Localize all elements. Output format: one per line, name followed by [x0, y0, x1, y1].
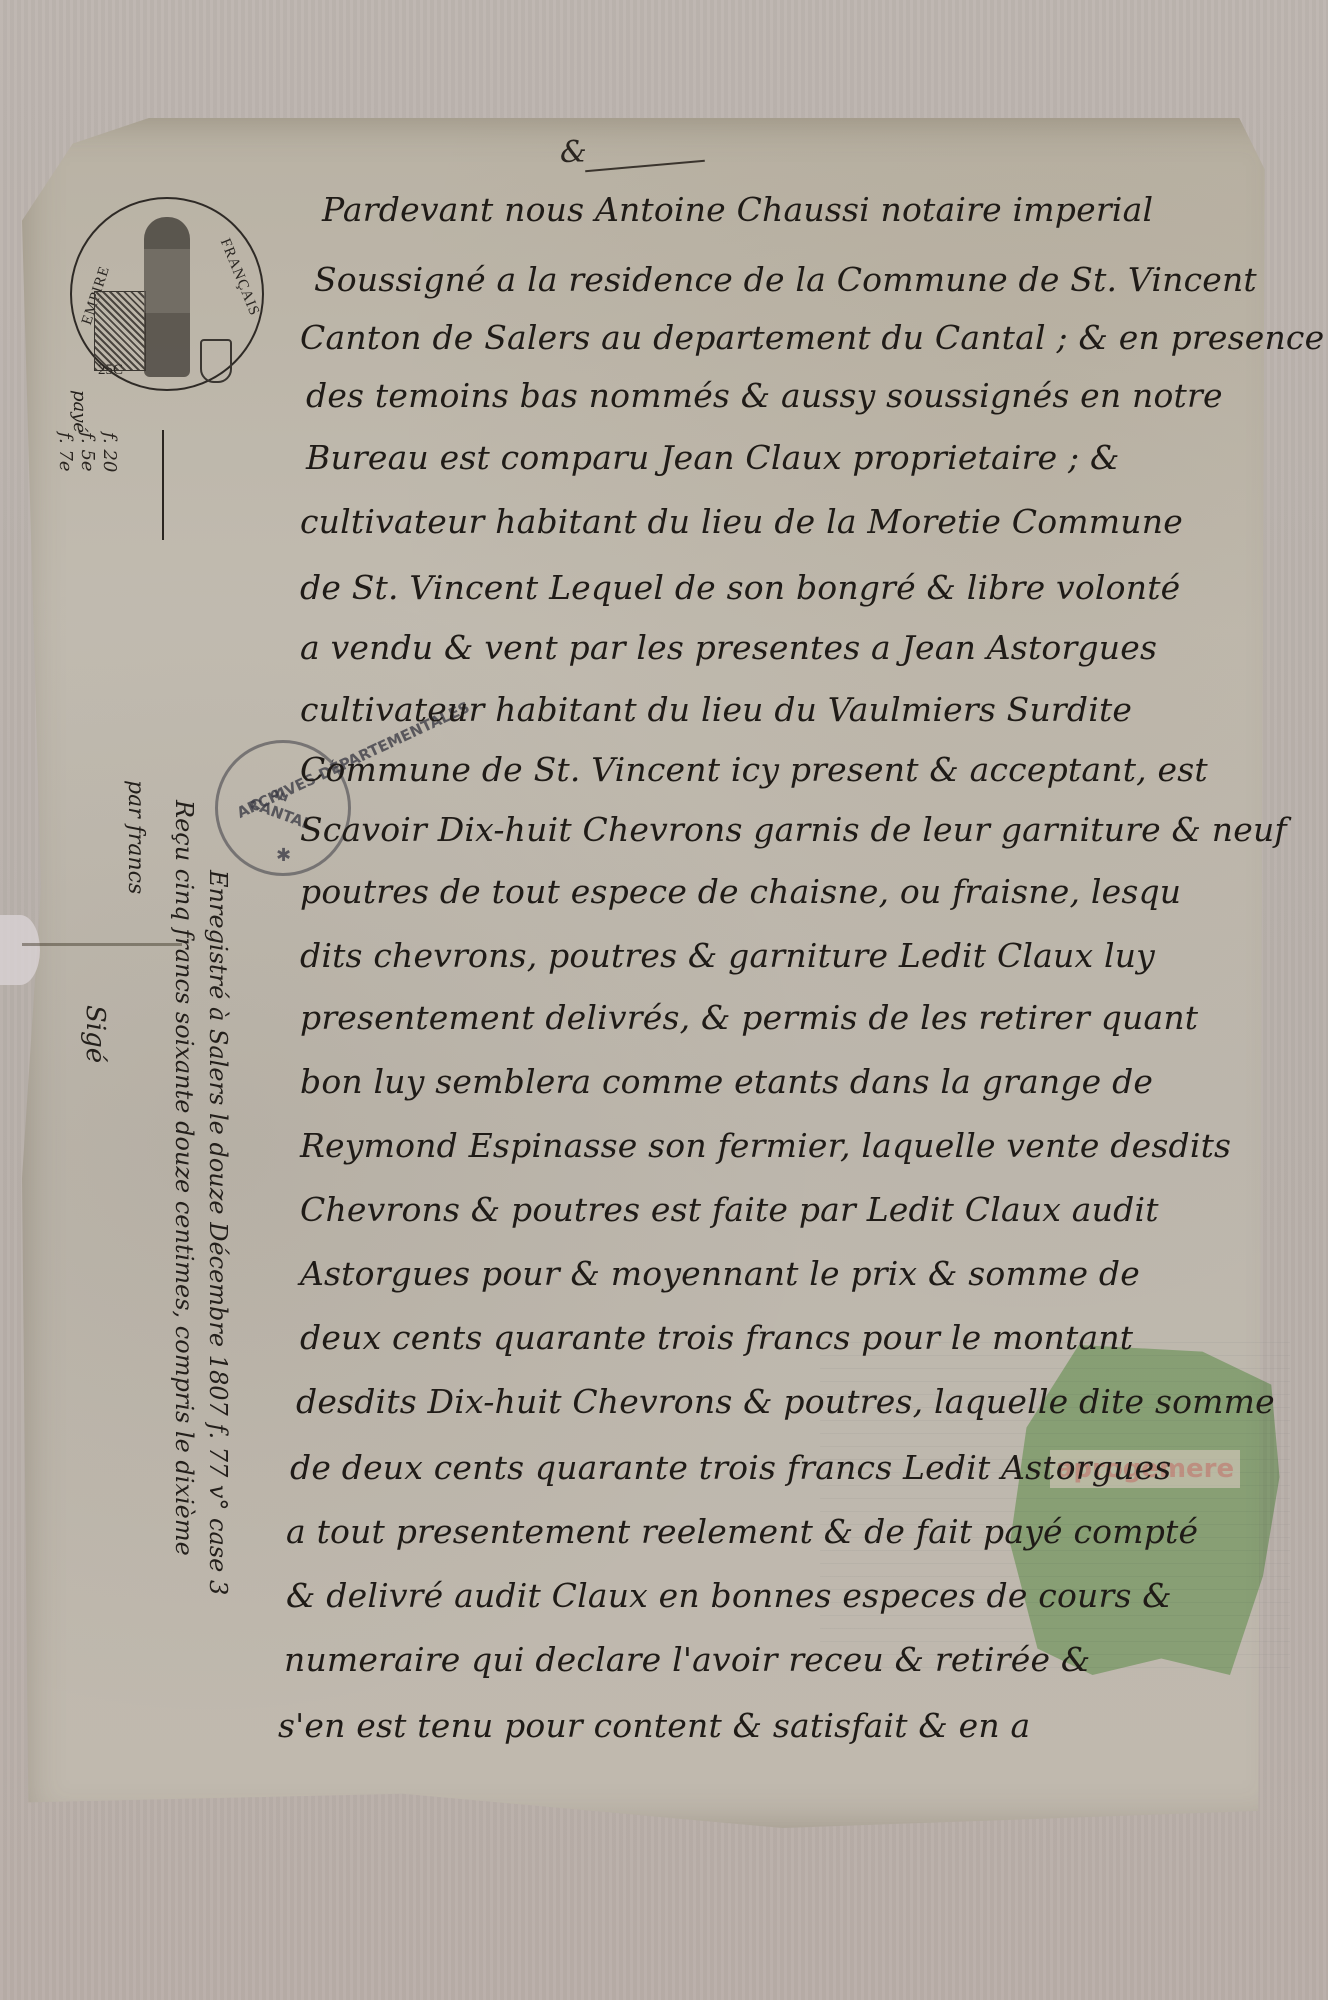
deed-line: presentement delivrés, & permis de les r… [300, 998, 1198, 1037]
deed-line: numeraire qui declare l'avoir receu & re… [284, 1640, 1090, 1679]
fee-item: f. 20 [99, 432, 120, 472]
paraph-mark: & [560, 135, 587, 170]
deed-line: Bureau est comparu Jean Claux proprietai… [306, 438, 1120, 477]
deed-line: Commune de St. Vincent icy present & acc… [300, 750, 1208, 789]
allegorical-figure-icon [144, 217, 190, 377]
deed-line: cultivateur habitant du lieu de la Moret… [300, 502, 1183, 541]
registration-note-1: Enregistré à Salers le douze Décembre 18… [204, 870, 232, 1595]
deed-line: Canton de Salers au departement du Canta… [300, 318, 1324, 357]
deed-line: & delivré audit Claux en bonnes especes … [286, 1576, 1172, 1615]
star-icon: ✱ [276, 845, 291, 866]
deed-line: Pardevant nous Antoine Chaussi notaire i… [322, 190, 1153, 229]
registration-note-2: Reçu cinq francs soixante douze centimes… [170, 800, 198, 1556]
fee-divider [162, 430, 164, 540]
registrar-signature: Sigé [80, 1005, 110, 1063]
shield-icon [200, 339, 232, 383]
fee-item: f. 7e [55, 432, 76, 472]
deed-line: des temoins bas nommés & aussy soussigné… [306, 376, 1223, 415]
deed-line: Chevrons & poutres est faite par Ledit C… [300, 1190, 1159, 1229]
deed-line: Reymond Espinasse son fermier, laquelle … [300, 1126, 1231, 1165]
deed-line: bon luy semblera comme etants dans la gr… [300, 1062, 1153, 1101]
empire-tax-stamp: EMPIRE FRANÇAIS 25C [70, 197, 264, 391]
deed-line: Astorgues pour & moyennant le prix & som… [300, 1254, 1140, 1293]
deed-line: deux cents quarante trois francs pour le… [300, 1318, 1133, 1357]
paper-fold-crease [22, 943, 182, 946]
deed-line: a vendu & vent par les presentes a Jean … [300, 628, 1157, 667]
deed-line: de deux cents quarante trois francs Ledi… [290, 1448, 1171, 1487]
deed-line: Soussigné a la residence de la Commune d… [314, 260, 1257, 299]
margin-note-paye: payé [69, 390, 90, 433]
deed-line: de St. Vincent Lequel de son bongré & li… [300, 568, 1180, 607]
deed-line: cultivateur habitant du lieu du Vaulmier… [300, 690, 1132, 729]
deed-line: dits chevrons, poutres & garniture Ledit… [300, 936, 1155, 975]
deed-line: poutres de tout espece de chaisne, ou fr… [300, 872, 1181, 911]
deed-line: a tout presentement reelement & de fait … [286, 1512, 1198, 1551]
deed-line: Scavoir Dix-huit Chevrons garnis de leur… [300, 810, 1287, 849]
deed-line: desdits Dix-huit Chevrons & poutres, laq… [296, 1382, 1275, 1421]
deed-line: s'en est tenu pour content & satisfait &… [278, 1706, 1030, 1745]
registration-note-3: par francs [123, 780, 148, 894]
lion-icon [94, 291, 146, 371]
paper-tear [0, 915, 40, 985]
stamp-value: 25C [98, 362, 123, 379]
fee-item: f. 5e [77, 432, 98, 472]
